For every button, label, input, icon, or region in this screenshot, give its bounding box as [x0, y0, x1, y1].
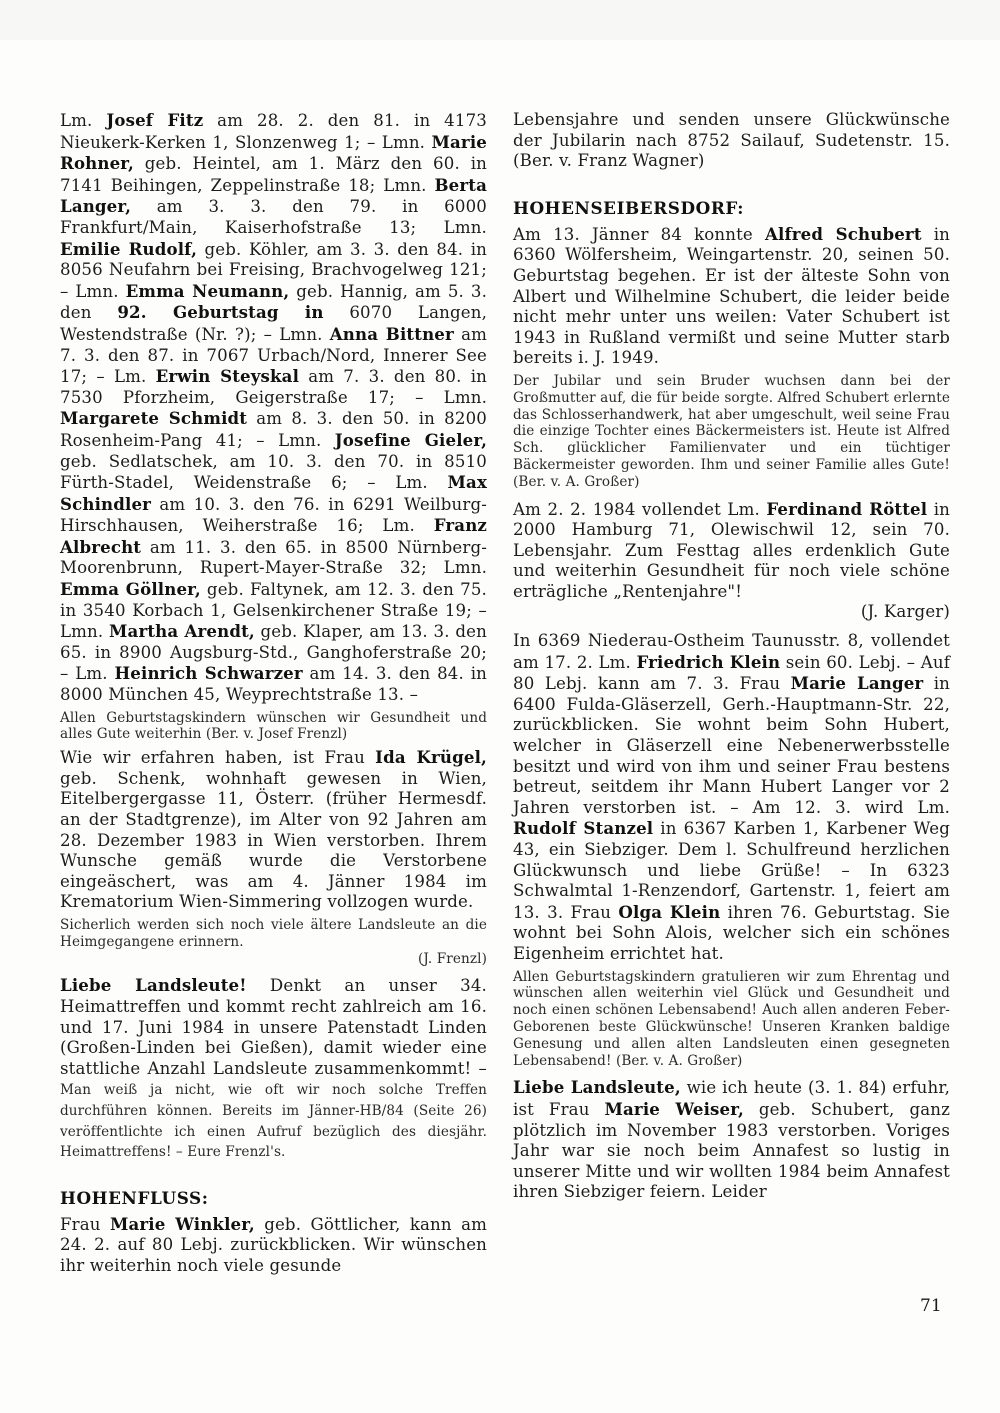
ferdinand-roettel-paragraph: Am 2. 2. 1984 vollendet Lm. Ferdinand Rö…	[513, 499, 950, 624]
name-highlight: Martha Arendt,	[109, 621, 255, 641]
name-highlight: 92. Geburtstag in	[117, 302, 323, 322]
remembrance-signature: (J. Frenzl)	[60, 951, 487, 968]
name-highlight: Liebe Landsleute,	[513, 1077, 681, 1097]
name-highlight: Emma Neumann,	[126, 281, 290, 301]
alfred-schubert-paragraph: Am 13. Jänner 84 konnte Alfred Schubert …	[513, 224, 950, 369]
page-number: 71	[920, 1296, 942, 1316]
remembrance-note: Sicherlich werden sich noch viele ältere…	[60, 917, 487, 967]
name-highlight: Emilie Rudolf,	[60, 239, 197, 259]
continued-paragraph: Lebensjahre und senden unsere Glückwünsc…	[513, 110, 950, 172]
marie-weiser-paragraph: Liebe Landsleute, wie ich heute (3. 1. 8…	[513, 1077, 950, 1203]
remembrance-text: Sicherlich werden sich noch viele ältere…	[60, 917, 487, 950]
name-highlight: Marie Winkler,	[110, 1214, 255, 1234]
name-highlight: Marie Weiser,	[605, 1099, 744, 1119]
birthday-wishes-note: Allen Geburtstagskindern wünschen wir Ge…	[60, 710, 487, 744]
text-run: in 6360 Wölfersheim, Weingartenstr. 20, …	[513, 225, 950, 368]
text-run: Wie wir erfahren haben, ist Frau	[60, 748, 375, 767]
meeting-lead: Liebe Landsleute!	[60, 975, 247, 995]
text-run: Lm.	[60, 111, 106, 130]
meeting-small-text: Man weiß ja nicht, wie oft wir noch solc…	[60, 1082, 487, 1160]
text-run: Frau	[60, 1215, 110, 1234]
scan-texture	[0, 0, 1000, 40]
left-column: Lm. Josef Fitz am 28. 2. den 81. in 4173…	[60, 110, 487, 1276]
name-highlight: Emma Göllner,	[60, 579, 201, 599]
section-heading-hohenseibersdorf: HOHENSEIBERSDORF:	[513, 198, 950, 218]
name-highlight: Ida Krügel,	[375, 747, 487, 767]
name-highlight: Olga Klein	[618, 902, 720, 922]
congratulations-note: Allen Geburtstagskindern gratulieren wir…	[513, 969, 950, 1070]
name-highlight: Ferdinand Röttel	[766, 499, 927, 519]
text-run: in 6400 Fulda-Gläserzell, Gerh.-Hauptman…	[513, 674, 950, 817]
jubilar-note: Der Jubilar und sein Bruder wuchsen dann…	[513, 373, 950, 491]
name-highlight: Josefine Gieler,	[335, 430, 487, 450]
name-highlight: Alfred Schubert	[765, 224, 922, 244]
niederau-paragraph: In 6369 Niederau-Ostheim Taunusstr. 8, v…	[513, 631, 950, 965]
name-highlight: Anna Bittner	[330, 324, 454, 344]
birthday-list-paragraph: Lm. Josef Fitz am 28. 2. den 81. in 4173…	[60, 110, 487, 706]
name-highlight: Margarete Schmidt	[60, 408, 247, 428]
name-highlight: Rudolf Stanzel	[513, 818, 653, 838]
hohenfluss-paragraph: Frau Marie Winkler, geb. Göttlicher, kan…	[60, 1214, 487, 1277]
text-run: Am 13. Jänner 84 konnte	[513, 225, 765, 244]
name-highlight: Josef Fitz	[106, 110, 203, 130]
name-highlight: Marie Langer	[791, 673, 924, 693]
right-column: Lebensjahre und senden unsere Glückwünsc…	[513, 110, 950, 1203]
roettel-signature: (J. Karger)	[513, 602, 950, 623]
obituary-ida-kruegel: Wie wir erfahren haben, ist Frau Ida Krü…	[60, 747, 487, 913]
roettel-text: Am 2. 2. 1984 vollendet Lm. Ferdinand Rö…	[513, 500, 950, 601]
name-highlight: Erwin Steyskal	[156, 366, 299, 386]
text-run: geb. Schenk, wohnhaft gewesen in Wien, E…	[60, 769, 487, 912]
name-highlight: Heinrich Schwarzer	[114, 663, 302, 683]
text-run: geb. Sedlatschek, am 10. 3. den 70. in 8…	[60, 452, 487, 493]
name-highlight: Friedrich Klein	[637, 652, 781, 672]
section-heading-hohenfluss: HOHENFLUSS:	[60, 1188, 487, 1208]
text-run: Am 2. 2. 1984 vollendet Lm.	[513, 500, 766, 519]
meeting-announcement: Liebe Landsleute! Denkt an unser 34. Hei…	[60, 975, 487, 1161]
